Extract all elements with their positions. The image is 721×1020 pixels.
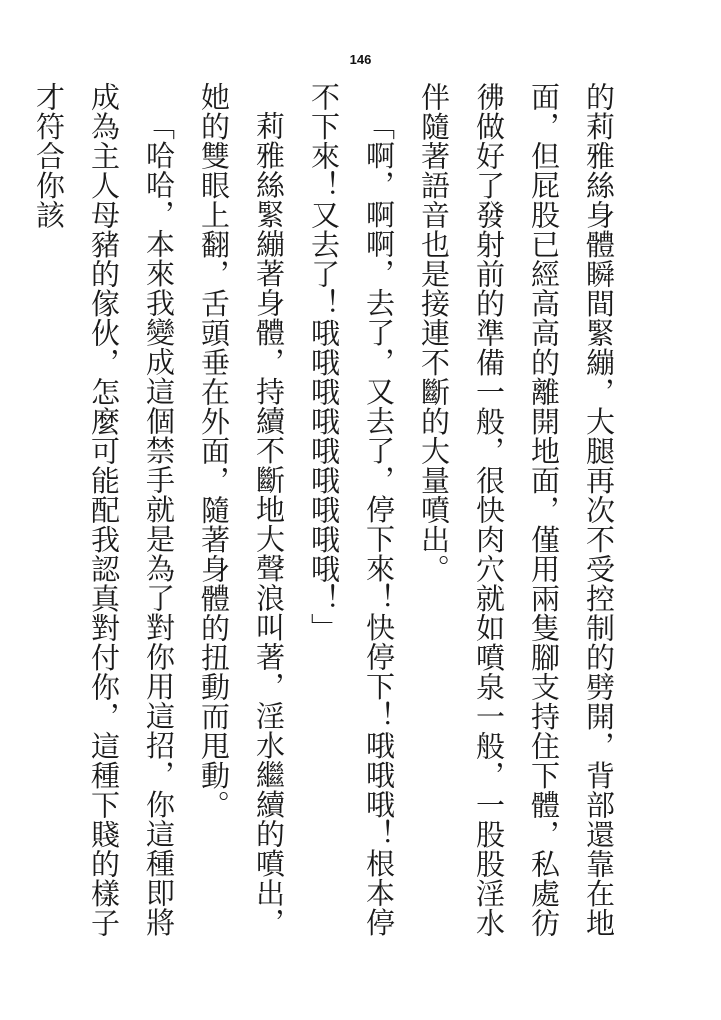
paragraph: 「哈哈，本來我變成這個禁手就是為了對你用這招，你這種即將成為主人母豬的傢伙，怎麼… <box>21 82 186 962</box>
paragraph: 莉雅絲緊繃著身體，持續不斷地大聲浪叫著，淫水繼續的噴出，她的雙眼上翻，舌頭垂在外… <box>186 82 296 962</box>
paragraph: 的莉雅絲身體瞬間緊繃，大腿再次不受控制的劈開，背部還靠在地面，但屁股已經高高的離… <box>406 82 626 962</box>
page-number: 146 <box>0 52 721 67</box>
paragraph: 「啊，啊啊，去了，又去了，停下來！快停下！哦哦哦！根本停不下來！又去了！哦哦哦哦… <box>296 82 406 962</box>
vertical-text-body: 的莉雅絲身體瞬間緊繃，大腿再次不受控制的劈開，背部還靠在地面，但屁股已經高高的離… <box>21 82 626 962</box>
